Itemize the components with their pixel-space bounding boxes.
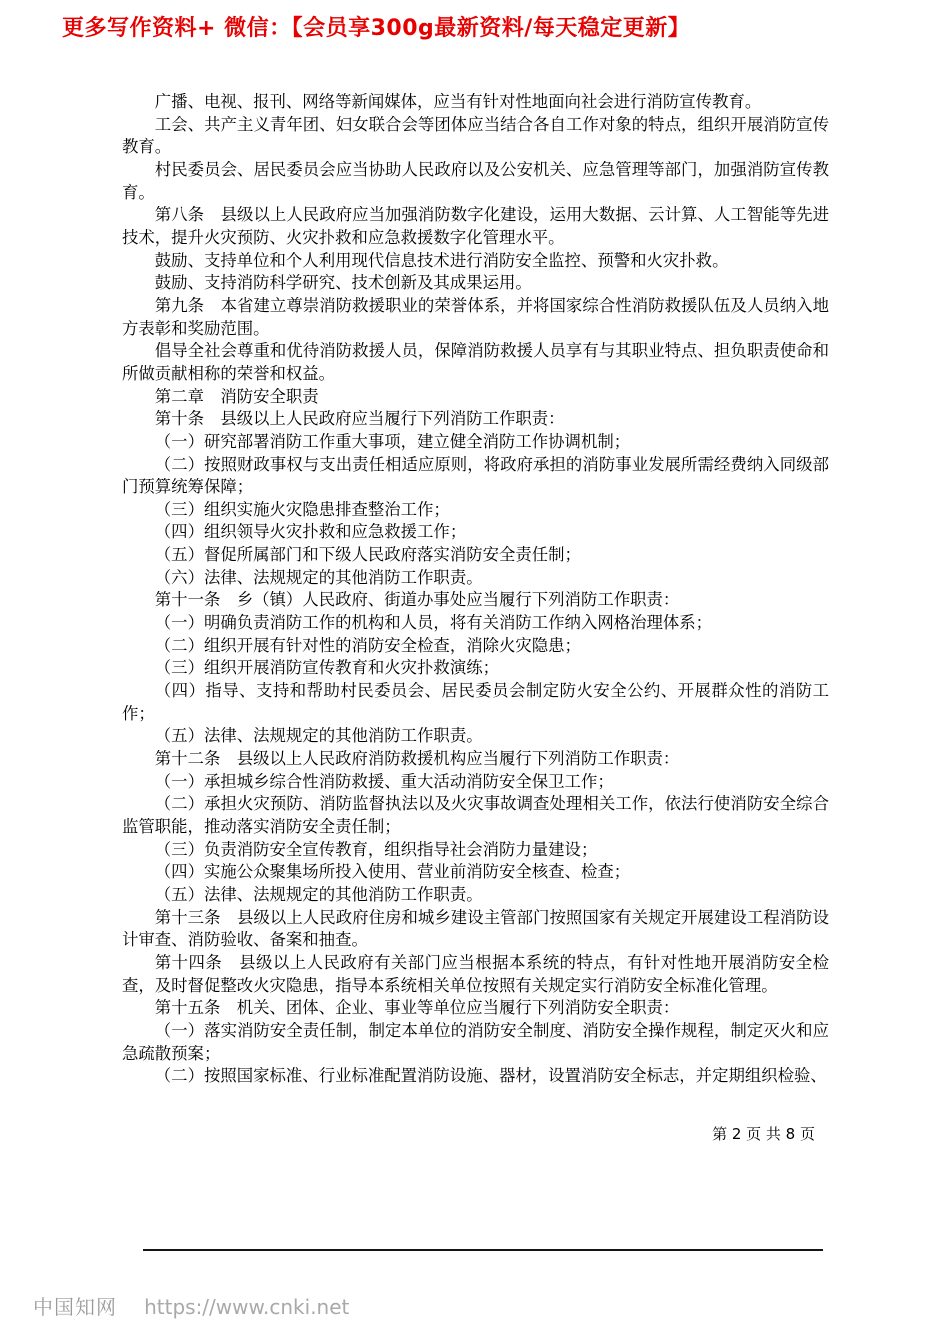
paragraph: （四）指导、支持和帮助村民委员会、居民委员会制定防火安全公约、开展群众性的消防工… <box>122 680 829 725</box>
paragraph: （二）按照财政事权与支出责任相适应原则，将政府承担的消防事业发展所需经费纳入同级… <box>122 454 829 499</box>
paragraph: （一）承担城乡综合性消防救援、重大活动消防安全保卫工作； <box>122 771 829 794</box>
paragraph: 第十三条 县级以上人民政府住房和城乡建设主管部门按照国家有关规定开展建设工程消防… <box>122 907 829 952</box>
footer-divider <box>143 1249 823 1251</box>
paragraph: （六）法律、法规规定的其他消防工作职责。 <box>122 567 829 590</box>
paragraph: 鼓励、支持消防科学研究、技术创新及其成果运用。 <box>122 272 829 295</box>
paragraph: 倡导全社会尊重和优待消防救援人员，保障消防救援人员享有与其职业特点、担负职责使命… <box>122 340 829 385</box>
promo-banner: 更多写作资料+ 微信：【会员享300g最新资料/每天稳定更新】 <box>62 11 690 42</box>
paragraph: （一）落实消防安全责任制，制定本单位的消防安全制度、消防安全操作规程，制定灭火和… <box>122 1020 829 1065</box>
paragraph: （四）实施公众聚集场所投入使用、营业前消防安全核查、检查； <box>122 861 829 884</box>
paragraph: 第八条 县级以上人民政府应当加强消防数字化建设，运用大数据、云计算、人工智能等先… <box>122 204 829 249</box>
paragraph: （三）负责消防安全宣传教育，组织指导社会消防力量建设； <box>122 839 829 862</box>
paragraph: （一）研究部署消防工作重大事项，建立健全消防工作协调机制； <box>122 431 829 454</box>
paragraph: 第十二条 县级以上人民政府消防救援机构应当履行下列消防工作职责： <box>122 748 829 771</box>
paragraph: （五）督促所属部门和下级人民政府落实消防安全责任制； <box>122 544 829 567</box>
cnki-site-name: 中国知网 <box>33 1295 117 1319</box>
paragraph: （二）承担火灾预防、消防监督执法以及火灾事故调查处理相关工作，依法行使消防安全综… <box>122 793 829 838</box>
paragraph: 第十五条 机关、团体、企业、事业等单位应当履行下列消防安全职责： <box>122 997 829 1020</box>
document-page: 更多写作资料+ 微信：【会员享300g最新资料/每天稳定更新】 广播、电视、报刊… <box>0 0 950 1344</box>
paragraph: （三）组织开展消防宣传教育和火灾扑救演练； <box>122 657 829 680</box>
paragraph: 第十条 县级以上人民政府应当履行下列消防工作职责： <box>122 408 829 431</box>
paragraph: （四）组织领导火灾扑救和应急救援工作； <box>122 521 829 544</box>
paragraph: （五）法律、法规规定的其他消防工作职责。 <box>122 725 829 748</box>
paragraph: 第二章 消防安全职责 <box>122 386 829 409</box>
page-number: 第 2 页 共 8 页 <box>712 1123 815 1144</box>
paragraph: 广播、电视、报刊、网络等新闻媒体，应当有针对性地面向社会进行消防宣传教育。 <box>122 91 829 114</box>
paragraph: 工会、共产主义青年团、妇女联合会等团体应当结合各自工作对象的特点，组织开展消防宣… <box>122 114 829 159</box>
paragraph: 第十一条 乡（镇）人民政府、街道办事处应当履行下列消防工作职责： <box>122 589 829 612</box>
paragraph: 村民委员会、居民委员会应当协助人民政府以及公安机关、应急管理等部门，加强消防宣传… <box>122 159 829 204</box>
paragraph: 第十四条 县级以上人民政府有关部门应当根据本系统的特点，有针对性地开展消防安全检… <box>122 952 829 997</box>
paragraph: 鼓励、支持单位和个人利用现代信息技术进行消防安全监控、预警和火灾扑救。 <box>122 250 829 273</box>
watermark: 中国知网 https://www.cnki.net <box>33 1291 349 1320</box>
paragraph: （二）组织开展有针对性的消防安全检查，消除火灾隐患； <box>122 635 829 658</box>
paragraph: （一）明确负责消防工作的机构和人员，将有关消防工作纳入网格治理体系； <box>122 612 829 635</box>
paragraph: （二）按照国家标准、行业标准配置消防设施、器材，设置消防安全标志，并定期组织检验… <box>122 1065 829 1088</box>
paragraph: （五）法律、法规规定的其他消防工作职责。 <box>122 884 829 907</box>
document-body: 广播、电视、报刊、网络等新闻媒体，应当有针对性地面向社会进行消防宣传教育。工会、… <box>122 91 829 1088</box>
paragraph: （三）组织实施火灾隐患排查整治工作； <box>122 499 829 522</box>
paragraph: 第九条 本省建立尊崇消防救援职业的荣誉体系，并将国家综合性消防救援队伍及人员纳入… <box>122 295 829 340</box>
cnki-site-url: https://www.cnki.net <box>144 1295 349 1319</box>
